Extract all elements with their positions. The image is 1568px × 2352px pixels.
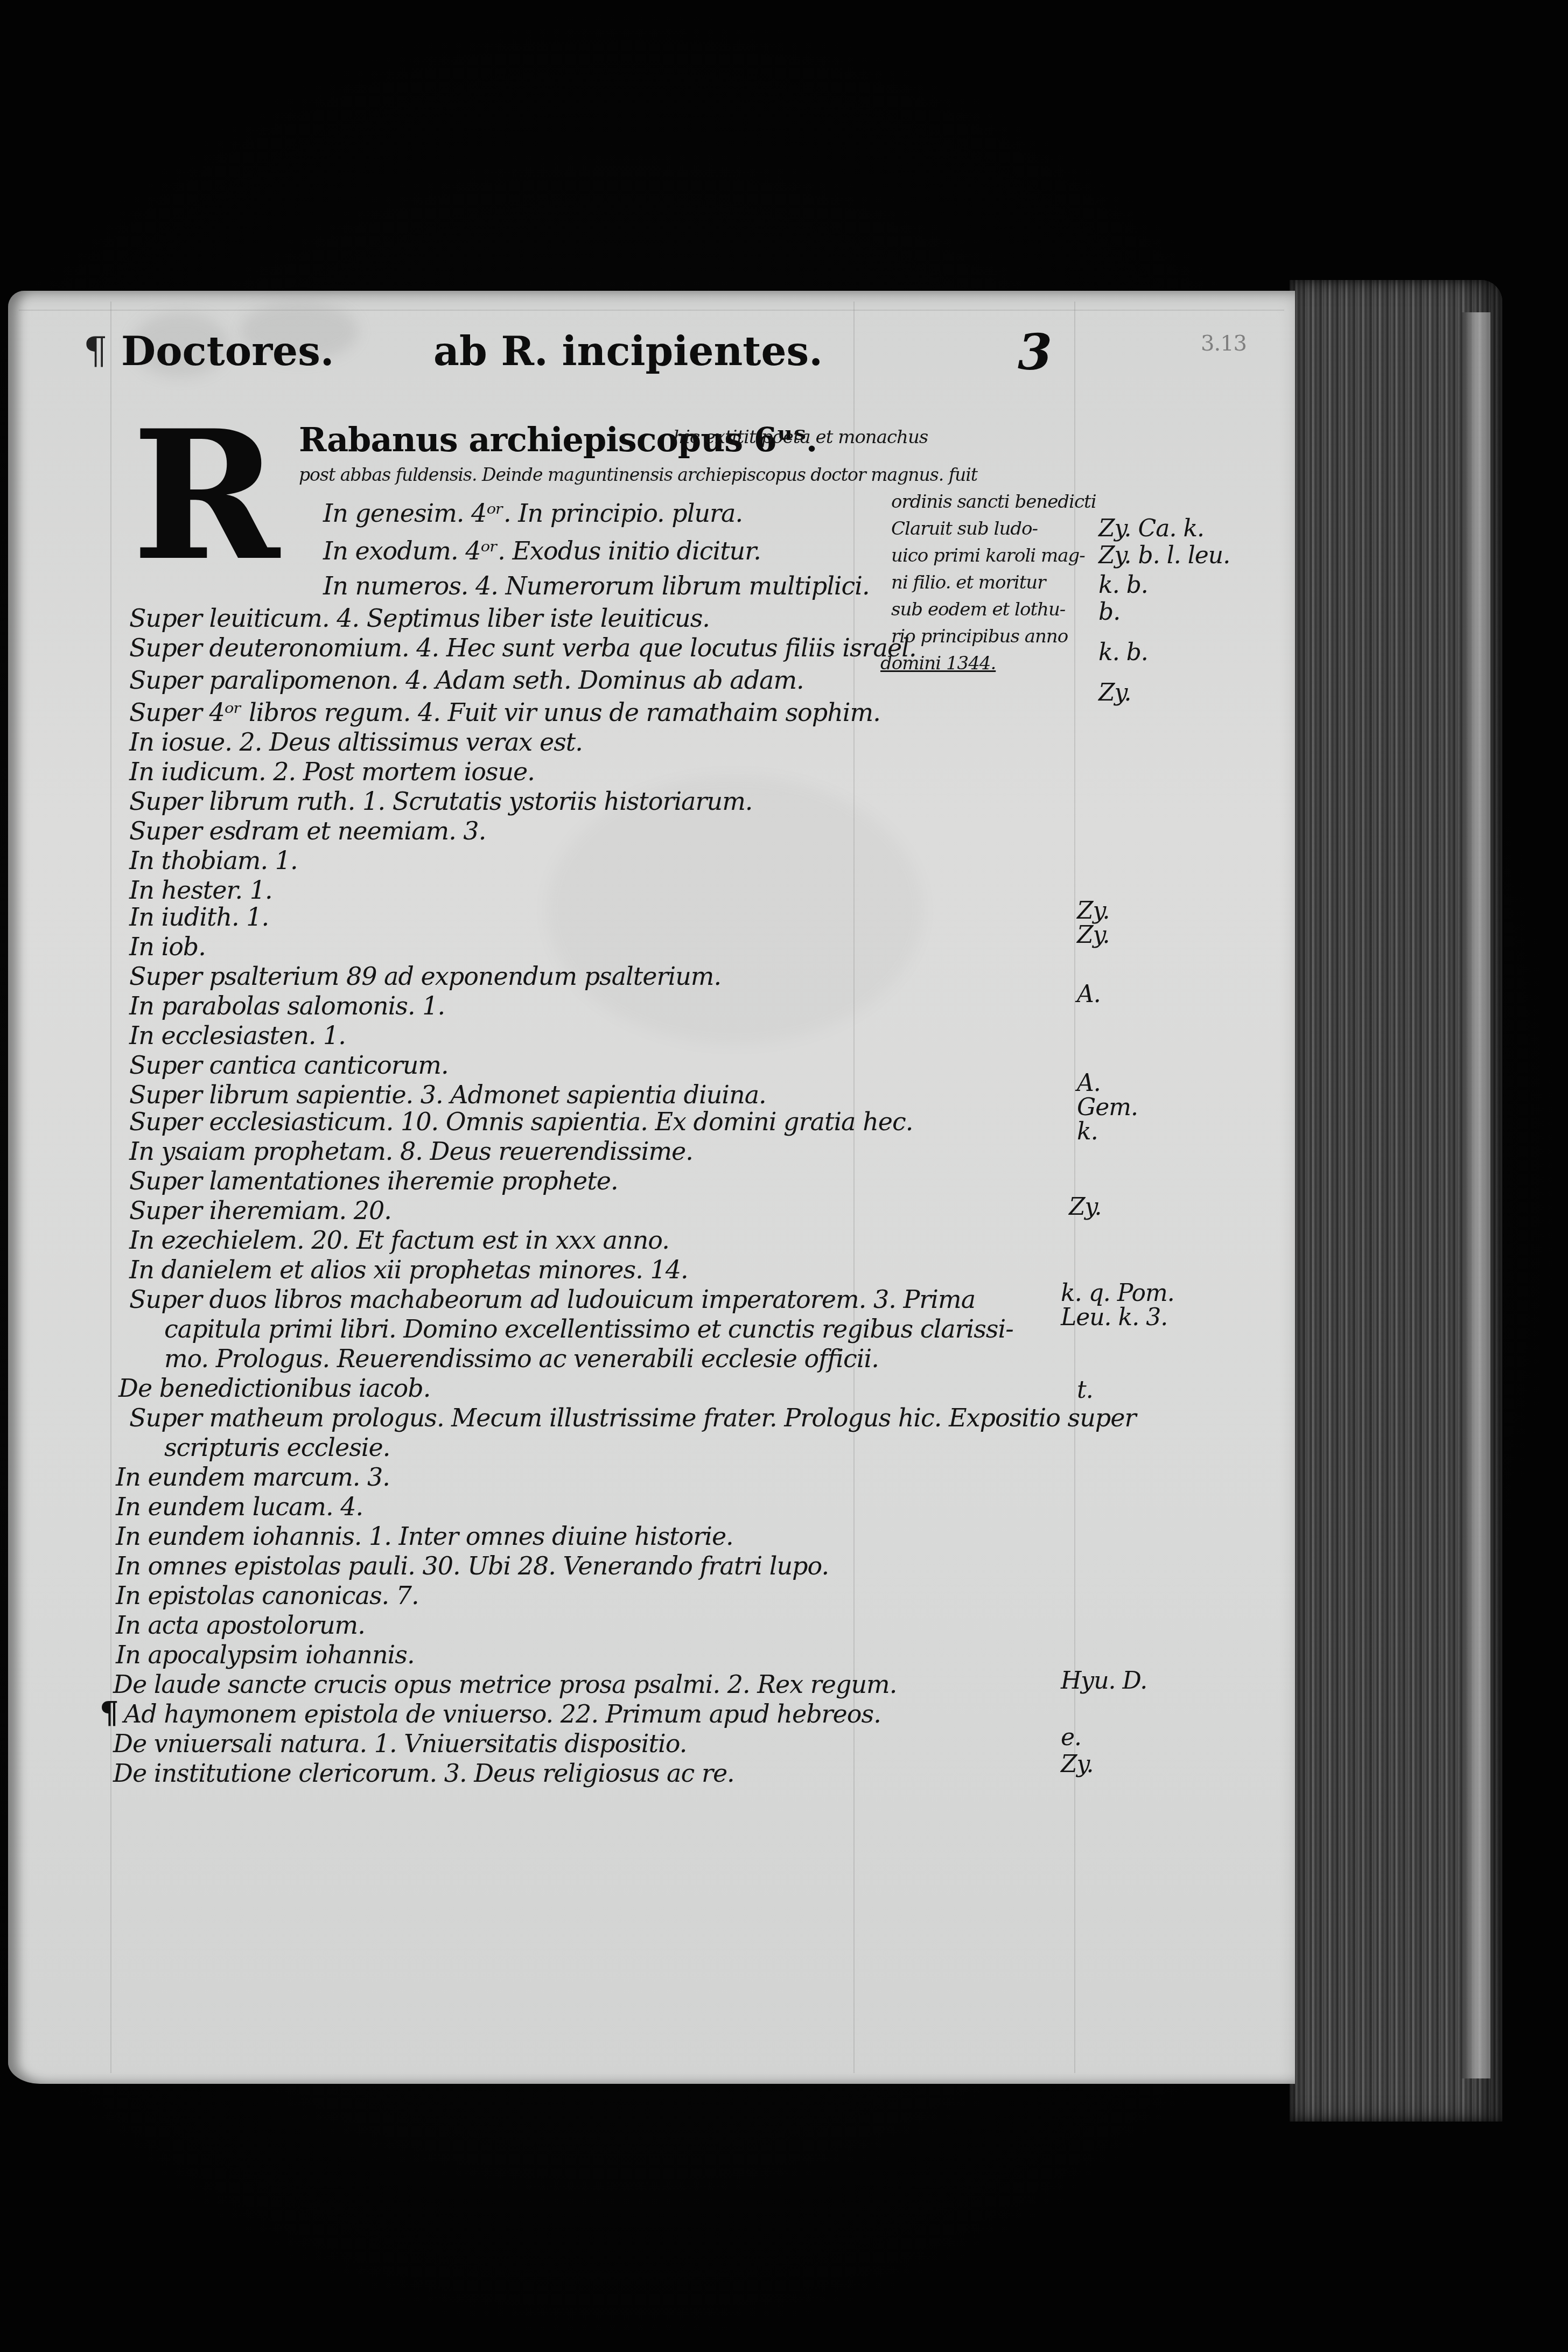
library-siglum: b. bbox=[1098, 600, 1120, 624]
work-entry: In genesim. 4ᵒʳ. In principio. plura. bbox=[323, 501, 743, 526]
work-entry: In acta apostolorum. bbox=[116, 1613, 365, 1637]
work-entry: Super ecclesiasticum. 10. Omnis sapienti… bbox=[129, 1109, 913, 1134]
work-entry: Super duos libros machabeorum ad ludouic… bbox=[129, 1287, 975, 1312]
library-siglum: e. bbox=[1061, 1726, 1081, 1749]
work-entry: Super esdram et neemiam. 3. bbox=[129, 818, 486, 843]
ruling-line bbox=[1074, 302, 1075, 2073]
folio-number: 3 bbox=[1018, 323, 1052, 381]
ruling-line bbox=[853, 302, 855, 2073]
work-entry: In iudicum. 2. Post mortem iosue. bbox=[129, 759, 535, 784]
show-through bbox=[547, 775, 923, 1045]
decorated-initial: R bbox=[132, 407, 279, 584]
work-entry: mo. Prologus. Reuerendissimo ac venerabi… bbox=[164, 1346, 879, 1371]
work-entry: In danielem et alios xii prophetas minor… bbox=[129, 1257, 688, 1282]
work-entry: De laude sancte crucis opus metrice pros… bbox=[113, 1672, 897, 1697]
work-entry: Super lamentationes iheremie prophete. bbox=[129, 1168, 618, 1193]
running-head-center: ab R. incipientes. bbox=[433, 328, 823, 375]
work-entry: In eundem iohannis. 1. Inter omnes diuin… bbox=[116, 1524, 733, 1549]
library-siglum: Zy. bbox=[1077, 899, 1110, 923]
work-entry: In iosue. 2. Deus altissimus verax est. bbox=[129, 730, 583, 754]
library-siglum: A. bbox=[1077, 1072, 1101, 1095]
side-note-line: rio principibus anno bbox=[891, 627, 1068, 646]
work-entry: Super leuiticum. 4. Septimus liber iste … bbox=[129, 606, 710, 631]
work-entry: In parabolas salomonis. 1. bbox=[129, 993, 445, 1018]
photograph-background: ¶ Doctores. ab R. incipientes. 3 3.13 R … bbox=[0, 0, 1568, 2352]
library-siglum: Leu. k. 3. bbox=[1061, 1306, 1167, 1329]
work-entry: In omnes epistolas pauli. 30. Ubi 28. Ve… bbox=[116, 1553, 829, 1578]
library-siglum: Zy. Ca. k. bbox=[1098, 517, 1204, 541]
library-siglum: k. b. bbox=[1098, 641, 1148, 664]
pilcrow-mark: ¶ bbox=[83, 328, 107, 373]
work-entry: In eundem lucam. 4. bbox=[116, 1494, 363, 1519]
library-siglum: Zy. b. l. leu. bbox=[1098, 544, 1230, 568]
work-entry: In iudith. 1. bbox=[129, 905, 269, 929]
work-entry: Super cantica canticorum. bbox=[129, 1053, 449, 1077]
bio-note-line: post abbas fuldensis. Deinde maguntinens… bbox=[299, 466, 977, 484]
library-siglum: k. b. bbox=[1098, 573, 1148, 597]
side-note-line: ni filio. et moritur bbox=[891, 573, 1046, 592]
work-entry: Super deuteronomium. 4. Hec sunt verba q… bbox=[129, 635, 916, 660]
book-fore-edge bbox=[1290, 280, 1502, 2122]
library-siglum: Gem. bbox=[1077, 1096, 1138, 1119]
work-entry: In exodum. 4ᵒʳ. Exodus initio dicitur. bbox=[323, 538, 761, 563]
ruling-line bbox=[110, 302, 111, 2073]
manuscript-page: ¶ Doctores. ab R. incipientes. 3 3.13 R … bbox=[8, 291, 1295, 2084]
work-entry: In epistolas canonicas. 7. bbox=[116, 1583, 419, 1608]
work-entry: In hester. 1. bbox=[129, 878, 272, 902]
ruling-line bbox=[19, 310, 1284, 311]
library-siglum: Zy. bbox=[1077, 923, 1110, 947]
library-siglum: Zy. bbox=[1098, 681, 1131, 705]
work-entry: Super iheremiam. 20. bbox=[129, 1198, 391, 1223]
work-entry: scripturis ecclesie. bbox=[164, 1435, 390, 1460]
work-entry: In iob. bbox=[129, 934, 206, 959]
library-siglum: k. bbox=[1077, 1120, 1098, 1144]
work-entry: In thobiam. 1. bbox=[129, 848, 298, 873]
work-entry: Super matheum prologus. Mecum illustriss… bbox=[129, 1405, 1136, 1430]
library-siglum: Hyu. D. bbox=[1061, 1669, 1147, 1693]
library-siglum: Zy. bbox=[1069, 1195, 1102, 1219]
work-entry: De vniuersali natura. 1. Vniuersitatis d… bbox=[113, 1731, 687, 1756]
library-siglum: Zy. bbox=[1061, 1753, 1094, 1776]
work-entry: De institutione clericorum. 3. Deus reli… bbox=[113, 1761, 734, 1786]
work-entry: capitula primi libri. Domino excellentis… bbox=[164, 1317, 1013, 1341]
work-entry: Super paralipomenon. 4. Adam seth. Domin… bbox=[129, 668, 804, 692]
library-siglum: k. q. Pom. bbox=[1061, 1282, 1174, 1305]
library-siglum: A. bbox=[1077, 983, 1101, 1006]
work-entry: Super psalterium 89 ad exponendum psalte… bbox=[129, 964, 721, 989]
work-entry: Super 4ᵒʳ libros regum. 4. Fuit vir unus… bbox=[129, 700, 880, 725]
work-entry: Super librum sapientie. 3. Admonet sapie… bbox=[129, 1082, 766, 1107]
work-entry: In ezechielem. 20. Et factum est in xxx … bbox=[129, 1228, 669, 1252]
work-entry: In ecclesiasten. 1. bbox=[129, 1023, 346, 1048]
work-entry: In ysaiam prophetam. 8. Deus reuerendiss… bbox=[129, 1139, 693, 1164]
library-siglum: t. bbox=[1077, 1378, 1093, 1402]
faint-shelf-mark: 3.13 bbox=[1201, 331, 1247, 356]
work-entry: De benedictionibus iacob. bbox=[118, 1376, 430, 1401]
side-note-line: sub eodem et lothu- bbox=[891, 600, 1065, 619]
work-entry: In apocalypsim iohannis. bbox=[116, 1642, 415, 1667]
work-entry: In numeros. 4. Numerorum librum multipli… bbox=[323, 573, 870, 598]
side-note-line: Claruit sub ludo- bbox=[891, 520, 1038, 538]
work-entry: In eundem marcum. 3. bbox=[116, 1465, 390, 1489]
bio-note-line: hic extitit poeta et monachus bbox=[673, 428, 928, 446]
work-entry: Super librum ruth. 1. Scrutatis ystoriis… bbox=[129, 789, 752, 814]
side-note-line: uico primi karoli mag- bbox=[891, 547, 1085, 565]
paragraph-mark: ¶ bbox=[100, 1695, 118, 1731]
work-entry: Ad haymonem epistola de vniuerso. 22. Pr… bbox=[124, 1702, 881, 1726]
running-head-left: Doctores. bbox=[121, 328, 334, 375]
side-note-line: ordinis sancti benedicti bbox=[891, 493, 1096, 511]
